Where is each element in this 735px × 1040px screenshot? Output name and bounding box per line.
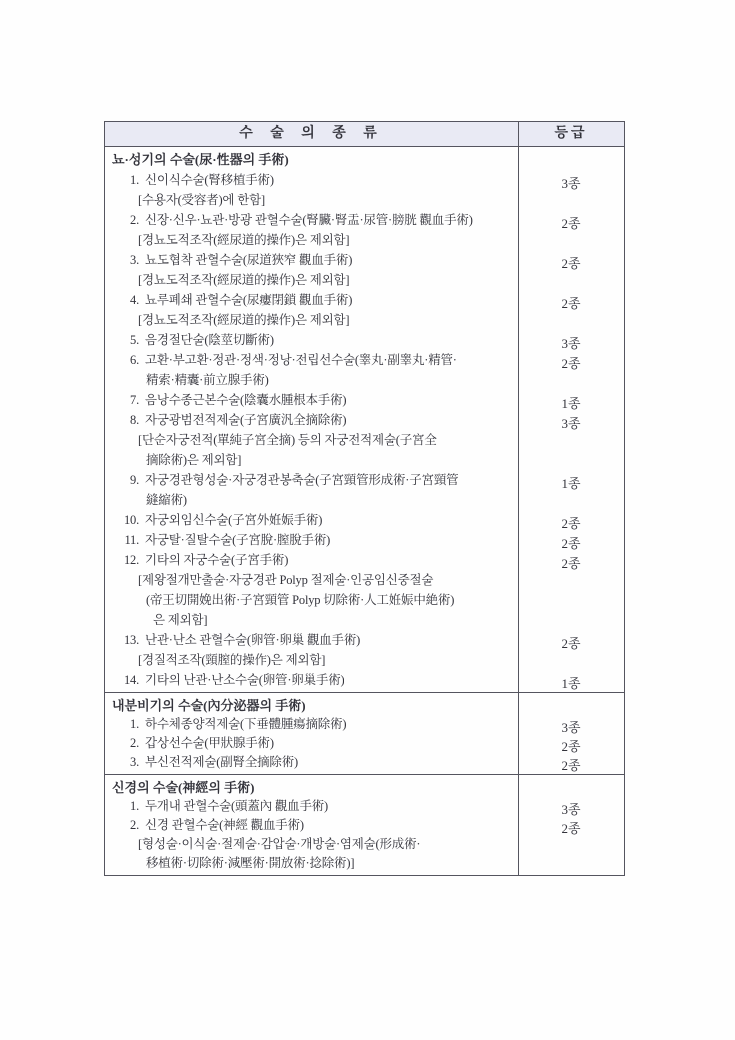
item-text: 하수체종양적제술(下垂體腫瘍摘除術) <box>145 715 346 734</box>
table-section: 내분비기의 수술(內分泌器의 手術)1.하수체종양적제술(下垂體腫瘍摘除術)3종… <box>105 692 624 774</box>
grade-cell: 2종 <box>518 254 624 274</box>
item-text: 고환·부고환·정관·정색·정낭·전립선수술(睾丸·副睾丸·精管· <box>145 350 457 370</box>
grade-cell: 2종 <box>518 634 624 654</box>
item-note: [수용자(受容者)에 한함] <box>105 190 538 210</box>
grade-cell: 2종 <box>518 534 624 554</box>
table-row: 7.음낭수종근본수술(陰囊水腫根本手術)1종 <box>105 390 624 410</box>
grade-cell: 2종 <box>518 294 624 314</box>
item-text: 음경절단술(陰莖切斷術) <box>145 330 274 350</box>
item-number: 8. <box>105 410 139 430</box>
item-note: (帝王切開娩出術·子宮頸管 Polyp 切除術·人工姙娠中絶術) <box>105 590 546 610</box>
item-text: 두개내 관혈수술(頭蓋內 觀血手術) <box>145 797 328 816</box>
item-number: 9. <box>105 470 139 490</box>
item-number: 6. <box>105 350 139 370</box>
grade-cell: 1종 <box>518 674 624 694</box>
item-text: 부신전적제술(副腎全摘除術) <box>145 753 298 772</box>
item-note: 移植術·切除術·減壓術·開放術·捻除術)] <box>105 854 546 873</box>
grade-cell: 2종 <box>518 554 624 574</box>
item-note: [제왕절개만출술·자궁경관 Polyp 절제술·인공임신중절술 <box>105 570 538 590</box>
grade-cell: 3종 <box>518 414 624 434</box>
surgery-grade-table: 수 술 의 종 류 등급 뇨·성기의 수술(尿·性器의 手術)1.신이식수술(腎… <box>104 121 625 876</box>
item-number: 1. <box>105 797 139 816</box>
item-text: 자궁탈·질탈수술(子宮脫·膣脫手術) <box>145 530 330 550</box>
grade-cell: 2종 <box>518 214 624 234</box>
section-heading: 내분비기의 수술(內分泌器의 手術) <box>105 696 624 715</box>
table-row: 2.갑상선수술(甲狀腺手術)2종 <box>105 734 624 753</box>
col-header-surgery-type: 수 술 의 종 류 <box>105 122 518 146</box>
grade-cell: 3종 <box>518 174 624 194</box>
item-text: 뇨루폐쇄 관혈수술(尿瘻閉鎖 觀血手術) <box>145 290 352 310</box>
document-page: 수 술 의 종 류 등급 뇨·성기의 수술(尿·性器의 手術)1.신이식수술(腎… <box>0 0 735 1040</box>
table-section: 신경의 수술(神經의 手術)1.두개내 관혈수술(頭蓋內 觀血手術)3종2.신경… <box>105 774 624 875</box>
item-number: 7. <box>105 390 139 410</box>
table-header-row: 수 술 의 종 류 등급 <box>105 122 624 147</box>
table-row: 14.기타의 난관·난소수술(卵管·卵巢手術)1종 <box>105 670 624 690</box>
item-text: 갑상선수술(甲狀腺手術) <box>145 734 274 753</box>
col-header-grade: 등급 <box>518 122 624 146</box>
table-row: 3.부신전적제술(副腎全摘除術)2종 <box>105 753 624 772</box>
grade-cell: 3종 <box>518 718 624 738</box>
item-note: [경질적조작(頸膣的操作)은 제외함] <box>105 650 538 670</box>
item-note: 摘除術)은 제외함] <box>105 450 546 470</box>
item-text: 뇨도협착 관혈수술(尿道狹窄 觀血手術) <box>145 250 352 270</box>
item-text: 자궁경관형성술·자궁경관봉축술(子宮頸管形成術·子宮頸管 <box>145 470 458 490</box>
grade-cell: 1종 <box>518 394 624 414</box>
item-number: 11. <box>105 530 139 550</box>
grade-cell: 2종 <box>518 819 624 839</box>
item-text: 신장·신우·뇨관·방광 관혈수술(腎臟·腎盂·尿管·膀胱 觀血手術) <box>145 210 473 230</box>
table-section: 뇨·성기의 수술(尿·性器의 手術)1.신이식수술(腎移植手術)[수용자(受容者… <box>105 147 624 692</box>
item-text: 신이식수술(腎移植手術) <box>145 170 274 190</box>
item-number: 2. <box>105 734 139 753</box>
table-row: 8.자궁광범전적제술(子宮廣汎全摘除術)[단순자궁전적(單純子宮全摘) 등의 자… <box>105 410 624 470</box>
section-heading: 뇨·성기의 수술(尿·性器의 手術) <box>105 150 624 170</box>
item-note: [경뇨도적조작(經尿道的操作)은 제외함] <box>105 310 538 330</box>
grade-cell: 2종 <box>518 514 624 534</box>
table-row: 1.신이식수술(腎移植手術)[수용자(受容者)에 한함]3종 <box>105 170 624 210</box>
item-number: 2. <box>105 210 139 230</box>
item-number: 1. <box>105 715 139 734</box>
table-row: 6.고환·부고환·정관·정색·정낭·전립선수술(睾丸·副睾丸·精管·精索·精囊·… <box>105 350 624 390</box>
item-number: 5. <box>105 330 139 350</box>
table-row: 9.자궁경관형성술·자궁경관봉축술(子宮頸管形成術·子宮頸管縫縮術)1종 <box>105 470 624 510</box>
item-number: 2. <box>105 816 139 835</box>
table-row: 1.두개내 관혈수술(頭蓋內 觀血手術)3종 <box>105 797 624 816</box>
item-note: 縫縮術) <box>105 490 546 510</box>
table-row: 1.하수체종양적제술(下垂體腫瘍摘除術)3종 <box>105 715 624 734</box>
item-number: 12. <box>105 550 139 570</box>
table-row: 13.난관·난소 관혈수술(卵管·卵巢 觀血手術)[경질적조작(頸膣的操作)은 … <box>105 630 624 670</box>
grade-cell: 3종 <box>518 334 624 354</box>
item-number: 14. <box>105 670 139 690</box>
item-text: 음낭수종근본수술(陰囊水腫根本手術) <box>145 390 346 410</box>
item-text: 기타의 자궁수술(子宮手術) <box>145 550 288 570</box>
table-row: 3.뇨도협착 관혈수술(尿道狹窄 觀血手術)[경뇨도적조작(經尿道的操作)은 제… <box>105 250 624 290</box>
item-number: 1. <box>105 170 139 190</box>
grade-cell: 3종 <box>518 800 624 820</box>
item-text: 자궁외임신수술(子宮外姙娠手術) <box>145 510 322 530</box>
item-note: 精索·精囊·前立腺手術) <box>105 370 546 390</box>
item-text: 난관·난소 관혈수술(卵管·卵巢 觀血手術) <box>145 630 360 650</box>
grade-cell: 2종 <box>518 737 624 757</box>
item-number: 3. <box>105 753 139 772</box>
table-row: 2.신경 관혈수술(神經 觀血手術)[형성술·이식술·절제술·감압술·개방술·염… <box>105 816 624 873</box>
item-text: 자궁광범전적제술(子宮廣汎全摘除術) <box>145 410 346 430</box>
item-note: [형성술·이식술·절제술·감압술·개방술·염제술(形成術· <box>105 835 538 854</box>
item-number: 4. <box>105 290 139 310</box>
grade-cell: 1종 <box>518 474 624 494</box>
item-number: 10. <box>105 510 139 530</box>
table-row: 10.자궁외임신수술(子宮外姙娠手術)2종 <box>105 510 624 530</box>
grade-cell: 2종 <box>518 354 624 374</box>
item-note: [경뇨도적조작(經尿道的操作)은 제외함] <box>105 230 538 250</box>
item-number: 3. <box>105 250 139 270</box>
section-heading: 신경의 수술(神經의 手術) <box>105 778 624 797</box>
table-row: 2.신장·신우·뇨관·방광 관혈수술(腎臟·腎盂·尿管·膀胱 觀血手術)[경뇨도… <box>105 210 624 250</box>
item-note: [경뇨도적조작(經尿道的操作)은 제외함] <box>105 270 538 290</box>
table-body: 뇨·성기의 수술(尿·性器의 手術)1.신이식수술(腎移植手術)[수용자(受容者… <box>105 147 624 875</box>
item-text: 기타의 난관·난소수술(卵管·卵巢手術) <box>145 670 344 690</box>
column-divider <box>518 122 519 875</box>
table-row: 5.음경절단술(陰莖切斷術)3종 <box>105 330 624 350</box>
item-number: 13. <box>105 630 139 650</box>
item-text: 신경 관혈수술(神經 觀血手術) <box>145 816 304 835</box>
grade-cell: 2종 <box>518 756 624 776</box>
item-note: [단순자궁전적(單純子宮全摘) 등의 자궁전적제술(子宮全 <box>105 430 538 450</box>
item-note: 은 제외함] <box>105 610 553 630</box>
table-row: 12.기타의 자궁수술(子宮手術)[제왕절개만출술·자궁경관 Polyp 절제술… <box>105 550 624 630</box>
table-row: 4.뇨루폐쇄 관혈수술(尿瘻閉鎖 觀血手術)[경뇨도적조작(經尿道的操作)은 제… <box>105 290 624 330</box>
